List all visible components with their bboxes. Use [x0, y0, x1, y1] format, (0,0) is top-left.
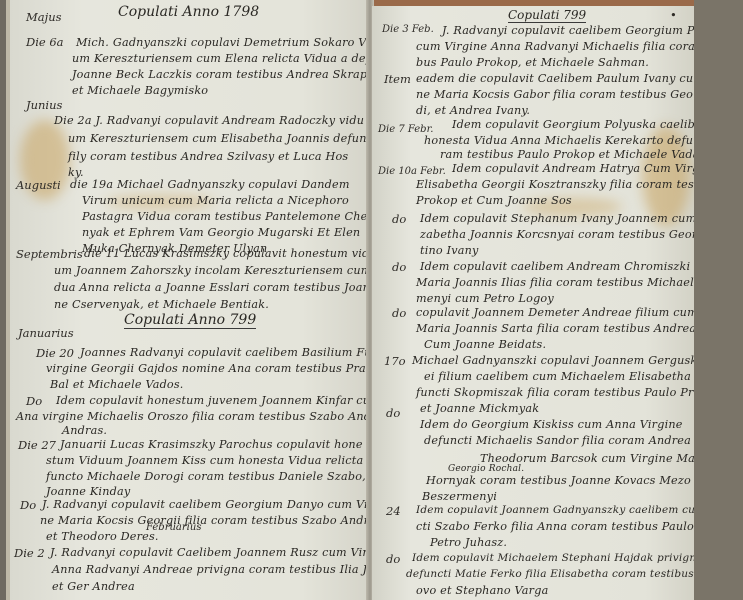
- entry-line: Anna Radvanyi Andreae privigna coram tes…: [52, 563, 374, 576]
- right-page: Copulati 799 • Die 3 Feb. J. Radvanyi co…: [372, 6, 694, 600]
- entry-line: et Michaele Bagymisko: [72, 84, 208, 97]
- page-heading: Copulati Anno 1798: [118, 4, 259, 20]
- entry-line: Maria Joannis Sarta filia coram testibus…: [416, 322, 694, 335]
- entry-line: J. Radvanyi copulavit caelibem Georgium …: [42, 498, 374, 511]
- entry-line: di, et Andrea Ivany.: [416, 104, 530, 117]
- entry-margin: do: [392, 306, 406, 320]
- folio-mark: •: [670, 8, 677, 22]
- entry-line: et Joanne Mickmyak: [420, 402, 539, 415]
- entry-line: Hornyak coram testibus Joanne Kovacs Mez…: [426, 474, 691, 487]
- entry-line: ne Maria Kocsis Georgii filia coram test…: [40, 514, 374, 527]
- entry-line: Petro Juhasz.: [430, 536, 507, 549]
- entry-margin: do: [392, 212, 406, 226]
- entry-margin: 24: [386, 504, 401, 518]
- entry-line: Idem copulavit Stephanum Ivany Joannem c…: [420, 212, 694, 225]
- entry-line: cum Virgine Anna Radvanyi Michaelis fili…: [416, 40, 694, 53]
- entry-line: Die 2a J. Radvanyi copulavit Andream Rad…: [54, 114, 364, 127]
- entry-line: Idem copulavit Andream Hatrya Cum Virgin…: [452, 162, 694, 175]
- entry-line: die 11 Lucas Krasimszky copulavit honest…: [84, 247, 374, 260]
- entry-margin: Die 20: [36, 346, 74, 360]
- entry-margin: do: [392, 260, 406, 274]
- entry-line: Idem copulavit honestum juvenem Joannem …: [56, 394, 374, 407]
- entry-line: Virum unicum cum Maria relicta a Nicepho…: [82, 194, 349, 207]
- entry-line: honesta Vidua Anna Michaelis Kerekarto d…: [424, 134, 694, 147]
- entry-line: nyak et Ephrem Vam Georgio Mugarski Et E…: [82, 226, 360, 239]
- entry-line: Idem copulavit Georgium Polyuska caelibe…: [452, 118, 694, 131]
- entry-margin: Die 2: [14, 546, 45, 560]
- entry-line: Elisabetha Georgii Kosztranszky filia co…: [416, 178, 694, 191]
- left-page: Majus Copulati Anno 1798 Die 6a Mich. Ga…: [6, 0, 374, 600]
- page-heading: Copulati 799: [508, 8, 586, 23]
- month-label: Septembris: [16, 247, 83, 261]
- month-label: Majus: [26, 10, 62, 24]
- entry-line: menyi cum Petro Logoy: [416, 292, 554, 305]
- entry-line: Andras.: [62, 424, 107, 437]
- entry-line: Michael Gadnyanszki copulavi Joannem Ger…: [412, 354, 694, 367]
- entry-line: stum Viduum Joannem Kiss cum honesta Vid…: [46, 454, 374, 467]
- entry-line: Ana virgine Michaelis Oroszo filia coram…: [16, 410, 374, 423]
- entry-line: J. Radvanyi copulavit Caelibem Joannem R…: [50, 546, 374, 559]
- entry-line: um Joannem Zahorszky incolam Kereszturie…: [54, 264, 374, 277]
- entry-line: dua Anna relicta a Joanne Esslari coram …: [54, 281, 370, 294]
- entry-margin: do: [386, 552, 400, 566]
- entry-line: defuncti Matie Ferko filia Elisabetha co…: [406, 568, 694, 580]
- entry-line: fily coram testibus Andrea Szilvasy et L…: [68, 150, 348, 163]
- entry-line: et Theodoro Deres.: [46, 530, 159, 543]
- year-heading: Copulati Anno 799: [124, 312, 256, 329]
- entry-line: Prokop et Cum Joanne Sos: [416, 194, 572, 207]
- entry-margin: Die 3 Feb.: [382, 24, 434, 35]
- entry-line: bus Paulo Prokop, et Michaele Sahman.: [416, 56, 649, 69]
- entry-margin: do: [386, 406, 400, 420]
- entry-line: die 19a Michael Gadnyanszky copulavi Dan…: [70, 178, 350, 191]
- entry-line: ei filium caelibem cum Michaelem Elisabe…: [424, 370, 694, 383]
- entry-margin: Item: [384, 72, 411, 86]
- month-label: Februarius: [146, 522, 201, 533]
- entry-line: Cum Joanne Beidats.: [424, 338, 546, 351]
- entry-margin: 17o: [384, 354, 406, 368]
- entry-margin: Die 10a Febr.: [378, 166, 446, 177]
- entry-line: Maria Joannis Ilias filia coram testibus…: [416, 276, 694, 289]
- entry-line: cti Szabo Ferko filia Anna coram testibu…: [416, 520, 694, 533]
- entry-line: defuncti Michaelis Sandor filia coram An…: [424, 434, 694, 447]
- entry-line: Georgio Rochal.: [448, 464, 524, 474]
- entry-line: tino Ivany: [420, 244, 479, 257]
- entry-line: J. Radvanyi copulavit caelibem Georgium …: [442, 24, 694, 37]
- month-label: Januarius: [18, 326, 74, 340]
- entry-margin: Do: [20, 498, 36, 512]
- entry-line: ovo et Stephano Varga: [416, 584, 548, 597]
- entry-line: Januarii Lucas Krasimszky Parochus copul…: [60, 438, 363, 451]
- right-edge-background: [694, 0, 743, 600]
- entry-line: ne Cservenyak, et Michaele Bentiak.: [54, 298, 269, 311]
- entry-margin: Die 6a: [26, 35, 64, 49]
- entry-line: virgine Georgii Gajdos nomine Ana coram …: [46, 362, 374, 375]
- entry-line: functi Skopmiszak filia coram testibus P…: [416, 386, 694, 399]
- entry-margin: Die 27: [18, 438, 56, 452]
- entry-line: Idem do Georgium Kiskiss cum Anna Virgin…: [420, 418, 683, 431]
- entry-line: Mich. Gadnyanszki copulavi Demetrium Sok…: [76, 36, 374, 49]
- entry-line: ram testibus Paulo Prokop et Michaele Va…: [440, 148, 694, 161]
- entry-line: Pastagra Vidua coram testibus Pantelemon…: [82, 210, 373, 223]
- entry-line: Beszermenyi: [422, 490, 497, 503]
- entry-line: copulavit Joannem Demeter Andreae filium…: [416, 306, 694, 319]
- month-label: Junius: [26, 98, 62, 112]
- entry-line: um Kereszturiensem cum Elena relicta Vid…: [72, 52, 374, 65]
- entry-line: Idem copulavit Michaelem Stephani Hajdak…: [412, 552, 694, 564]
- entry-line: functo Michaele Dorogi coram testibus Da…: [46, 470, 374, 483]
- entry-line: Idem copulavit caelibem Andream Chromisz…: [420, 260, 694, 273]
- entry-line: Idem copulavit Joannem Gadnyanszky caeli…: [416, 504, 694, 516]
- entry-line: um Kereszturiensem cum Elisabetha Joanni…: [68, 132, 374, 145]
- month-label: Augusti: [16, 178, 61, 192]
- entry-line: Joanne Kinday: [46, 485, 130, 498]
- entry-line: Joannes Radvanyi copulavit caelibem Basi…: [80, 346, 374, 359]
- entry-margin: Do: [26, 394, 42, 408]
- entry-line: zabetha Joannis Korcsnyai coram testibus…: [420, 228, 694, 241]
- entry-line: et Ger Andrea: [52, 580, 135, 593]
- entry-line: ne Maria Kocsis Gabor filia coram testib…: [416, 88, 694, 101]
- entry-line: Bal et Michaele Vados.: [50, 378, 184, 391]
- entry-line: eadem die copulavit Caelibem Paulum Ivan…: [416, 72, 694, 85]
- entry-line: Joanne Beck Laczkis coram testibus Andre…: [72, 68, 367, 81]
